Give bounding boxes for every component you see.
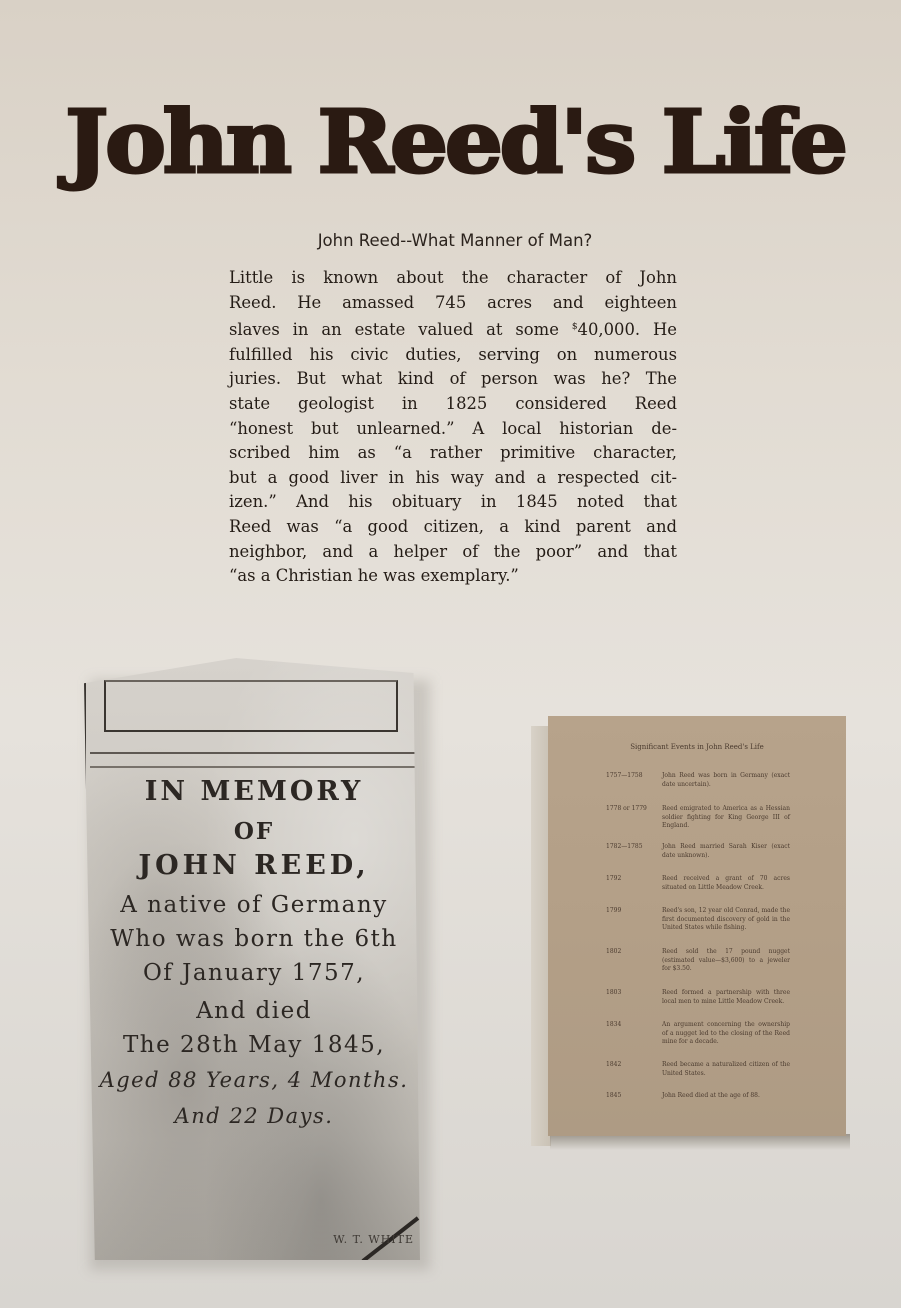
event-description: Reed formed a partnership with three loc… <box>662 989 790 1006</box>
event-year: 1802 <box>606 948 621 957</box>
article-line: izen.” And his obituary in 1845 noted th… <box>229 490 677 515</box>
event-year: 1757—1758 <box>606 772 643 781</box>
article-line: fulfilled his civic duties, serving on n… <box>229 343 677 368</box>
event-description: John Reed was born in Germany (exact dat… <box>662 772 790 789</box>
event-year: 1782—1785 <box>606 843 643 852</box>
article-line: but a good liver in his way and a respec… <box>229 466 677 491</box>
article-line: Little is known about the character of J… <box>229 266 677 291</box>
tombstone-line: And 22 Days. <box>86 1104 422 1128</box>
event-description: Reed emigrated to America as a Hessian s… <box>662 805 790 831</box>
article-line: “honest but unlearned.” A local historia… <box>229 417 677 442</box>
event-year: 1799 <box>606 907 621 916</box>
stonecarver-signature: W. T. WHITE <box>333 1233 414 1246</box>
article-line: “as a Christian he was exemplary.” <box>229 564 677 589</box>
event-year: 1803 <box>606 989 621 998</box>
event-year: 1834 <box>606 1021 621 1030</box>
tombstone-in-memory: IN MEMORY <box>86 776 422 807</box>
event-description: Reed received a grant of 70 acres situat… <box>662 875 790 892</box>
tombstone-line: Aged 88 Years, 4 Months. <box>86 1068 422 1092</box>
event-description: John Reed married Sarah Kiser (exact dat… <box>662 843 790 860</box>
event-description: John Reed died at the age of 88. <box>662 1092 790 1101</box>
article-line-text: slaves in an estate valued at some <box>229 320 572 339</box>
tombstone-photo: IN MEMORY OF JOHN REED, A native of Germ… <box>84 658 422 1260</box>
panel-shadow <box>550 1134 850 1150</box>
tombstone-line: Of January 1757, <box>86 960 422 986</box>
tombstone-name: JOHN REED, <box>86 850 422 881</box>
tombstone-top-panel <box>104 680 398 732</box>
tombstone-band <box>90 752 418 768</box>
exhibit-title: John Reed's Life <box>36 100 873 186</box>
timeline-title: Significant Events in John Reed's Life <box>548 743 846 751</box>
article-line-estate: slaves in an estate valued at some $40,0… <box>229 315 677 343</box>
article-body: Little is known about the character of J… <box>229 266 677 589</box>
article-line: juries. But what kind of person was he? … <box>229 367 677 392</box>
timeline-panel: Significant Events in John Reed's Life 1… <box>548 716 846 1136</box>
event-description: Reed's son, 12 year old Conrad, made the… <box>662 907 790 933</box>
article-line: scribed him as “a rather primitive chara… <box>229 441 677 466</box>
event-description: Reed became a naturalized citizen of the… <box>662 1061 790 1078</box>
article-line: Reed. He amassed 745 acres and eighteen <box>229 291 677 316</box>
tombstone-line: A native of Germany <box>86 892 422 918</box>
event-description: Reed sold the 17 pound nugget (estimated… <box>662 948 790 974</box>
tombstone-line: And died <box>86 998 422 1024</box>
event-year: 1778 or 1779 <box>606 805 647 814</box>
article-line: neighbor, and a helper of the poor” and … <box>229 540 677 565</box>
tombstone-line: The 28th May 1845, <box>86 1032 422 1058</box>
estate-value: 40,000. He <box>578 320 677 339</box>
event-description: An argument concerning the ownership of … <box>662 1021 790 1047</box>
tombstone-line: Who was born the 6th <box>86 926 422 952</box>
article-line: Reed was “a good citizen, a kind parent … <box>229 515 677 540</box>
tombstone-of: OF <box>86 818 422 845</box>
article-line: state geologist in 1825 considered Reed <box>229 392 677 417</box>
event-year: 1792 <box>606 875 621 884</box>
event-year: 1842 <box>606 1061 621 1070</box>
article-heading: John Reed--What Manner of Man? <box>220 231 690 250</box>
event-year: 1845 <box>606 1092 621 1101</box>
